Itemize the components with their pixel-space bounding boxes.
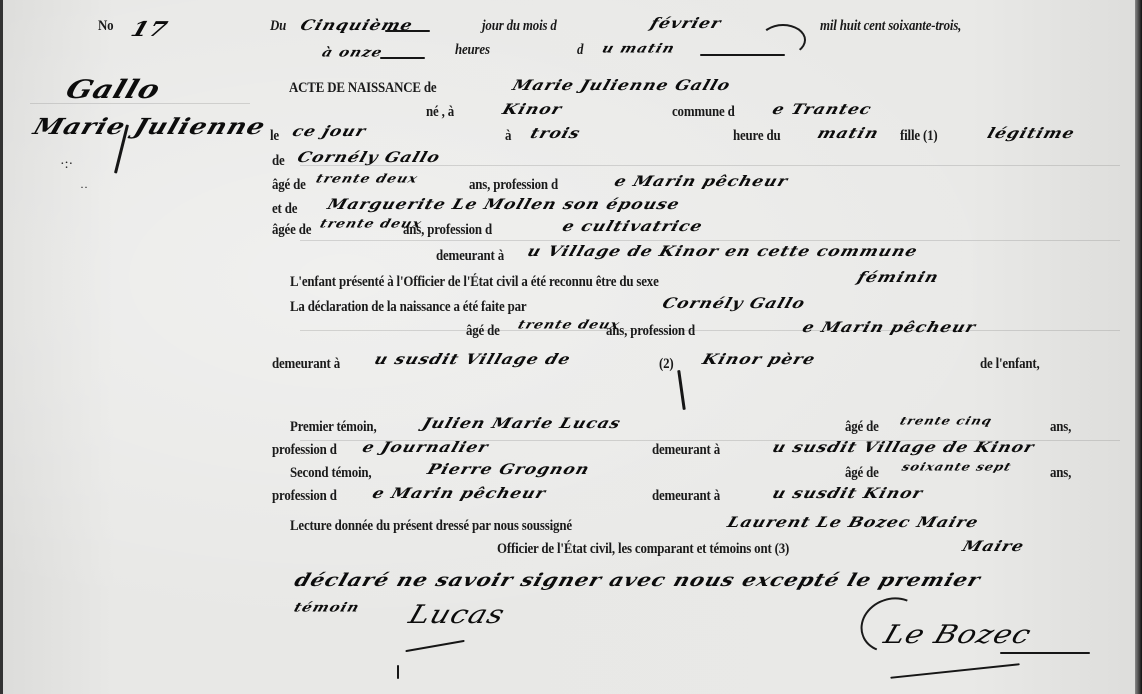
witness1-name: Julien Marie Lucas xyxy=(420,415,623,432)
witness1-label: Premier témoin, xyxy=(290,419,376,436)
legitimacy: légitime xyxy=(985,125,1077,142)
witness1-age-suffix: ans, xyxy=(1050,419,1071,436)
hour-value: à onze xyxy=(320,45,385,60)
hour-of-day-label: heure du xyxy=(733,128,781,145)
mother-age-label: âgée de xyxy=(272,222,311,239)
hour-of-label: d xyxy=(577,42,583,59)
underline-stroke xyxy=(385,30,430,32)
father-age-label: âgé de xyxy=(272,177,306,194)
presentation-text: L'enfant présenté à l'Officier de l'État… xyxy=(290,274,659,291)
ruled-line xyxy=(300,240,1120,241)
year-text: mil huit cent soixante-trois, xyxy=(820,18,961,35)
month-value: février xyxy=(648,15,724,32)
witness1-profession-label: profession d xyxy=(272,442,337,459)
day-label: Du xyxy=(270,18,286,35)
margin-ink-dots: ·· xyxy=(80,180,88,195)
reading-text: Lecture donnée du présent dressé par nou… xyxy=(290,518,572,535)
mother-age-suffix: ans, profession d xyxy=(403,222,492,239)
mayor-signature-underline xyxy=(890,663,1019,678)
parents-residence: u Village de Kinor en cette commune xyxy=(525,243,920,260)
declarant-residence-tail: Kinor père xyxy=(700,351,818,368)
date-value: ce jour xyxy=(290,123,368,140)
witness2-name: Pierre Grognon xyxy=(425,461,592,478)
birth-act-title: ACTE DE NAISSANCE de xyxy=(289,80,436,97)
page-left-border xyxy=(0,0,3,694)
hour-period: u matin xyxy=(600,41,677,56)
born-place: Kinor xyxy=(500,101,564,118)
hour-of-day-value: matin xyxy=(815,125,881,142)
pen-stroke xyxy=(677,370,686,410)
father-age-suffix: ans, profession d xyxy=(469,177,558,194)
officer-text: Officier de l'État civil, les comparant … xyxy=(497,541,789,558)
declarant-residence: u susdit Village de xyxy=(372,351,573,368)
declarant-residence-label: demeurant à xyxy=(272,356,340,373)
hour-label: heures xyxy=(455,42,490,59)
ruled-line xyxy=(300,330,1120,331)
declaration-text: La déclaration de la naissance a été fai… xyxy=(290,299,526,316)
commune-value: e Trantec xyxy=(770,101,874,118)
ink-mark xyxy=(397,665,399,679)
father-age: trente deux xyxy=(314,172,420,186)
witness1-age-label: âgé de xyxy=(845,419,879,436)
number-label: No xyxy=(98,18,113,35)
witness1-profession: e Journalier xyxy=(360,439,491,456)
officer-tail: Maire xyxy=(960,538,1027,555)
scanned-document-page: No 17 Du Cinquième jour du mois d févrie… xyxy=(0,0,1142,694)
father-profession: e Marin pêcheur xyxy=(612,173,790,190)
relation-label: de l'enfant, xyxy=(980,356,1040,373)
page-right-binding-shadow xyxy=(1135,0,1142,694)
witness2-age: soixante sept xyxy=(900,461,1013,474)
underline-stroke xyxy=(380,57,425,59)
signature-flourish xyxy=(405,640,464,652)
mother-profession: e cultivatrice xyxy=(560,218,705,235)
commune-label: commune d xyxy=(672,104,735,121)
residence-label: demeurant à xyxy=(436,248,504,265)
witness2-residence: u susdit Kinor xyxy=(770,485,925,502)
child-sex: féminin xyxy=(855,269,941,286)
declarant-age-label: âgé de xyxy=(466,323,500,340)
witness1-residence: u susdit Village de Kinor xyxy=(770,439,1037,456)
declared-line: déclaré ne savoir signer avec nous excep… xyxy=(292,569,984,590)
witness-signature: Lucas xyxy=(405,600,509,630)
margin-surname: Gallo xyxy=(62,75,165,105)
father-of-label: de xyxy=(272,153,285,170)
born-label: né , à xyxy=(426,104,454,121)
witness2-label: Second témoin, xyxy=(290,465,371,482)
father-name: Cornély Gallo xyxy=(295,149,443,166)
witness2-age-suffix: ans, xyxy=(1050,465,1071,482)
mayor-signature: Le Bozec xyxy=(880,620,1035,650)
witness2-profession: e Marin pêcheur xyxy=(370,485,548,502)
mother-name: Marguerite Le Mollen son épouse xyxy=(325,196,682,213)
day-suffix-label: jour du mois d xyxy=(482,18,557,35)
witness2-age-label: âgé de xyxy=(845,465,879,482)
birth-hour: trois xyxy=(528,125,583,142)
declared-line-2: témoin xyxy=(292,600,362,615)
witness2-residence-label: demeurant à xyxy=(652,488,720,505)
declarant-profession: e Marin pêcheur xyxy=(800,319,978,336)
sex-label: fille (1) xyxy=(900,128,938,145)
witness1-residence-label: demeurant à xyxy=(652,442,720,459)
flourish-stroke xyxy=(760,24,806,56)
record-number: 17 xyxy=(128,16,171,41)
declarant-age-suffix: ans, profession d xyxy=(606,323,695,340)
margin-ink-dots: ·:· xyxy=(60,157,73,173)
note-marker-2: (2) xyxy=(659,356,674,373)
mayor-signature-underline xyxy=(1000,652,1090,654)
margin-given-names: Marie Julienne xyxy=(30,115,269,141)
officer-name: Laurent Le Bozec Maire xyxy=(725,514,981,531)
at-label: à xyxy=(505,128,511,145)
witness2-profession-label: profession d xyxy=(272,488,337,505)
child-name: Marie Julienne Gallo xyxy=(510,77,733,94)
mother-and-of-label: et de xyxy=(272,201,297,218)
date-label: le xyxy=(270,128,279,145)
witness1-age: trente cinq xyxy=(898,415,994,428)
declarant-name: Cornély Gallo xyxy=(660,295,808,312)
